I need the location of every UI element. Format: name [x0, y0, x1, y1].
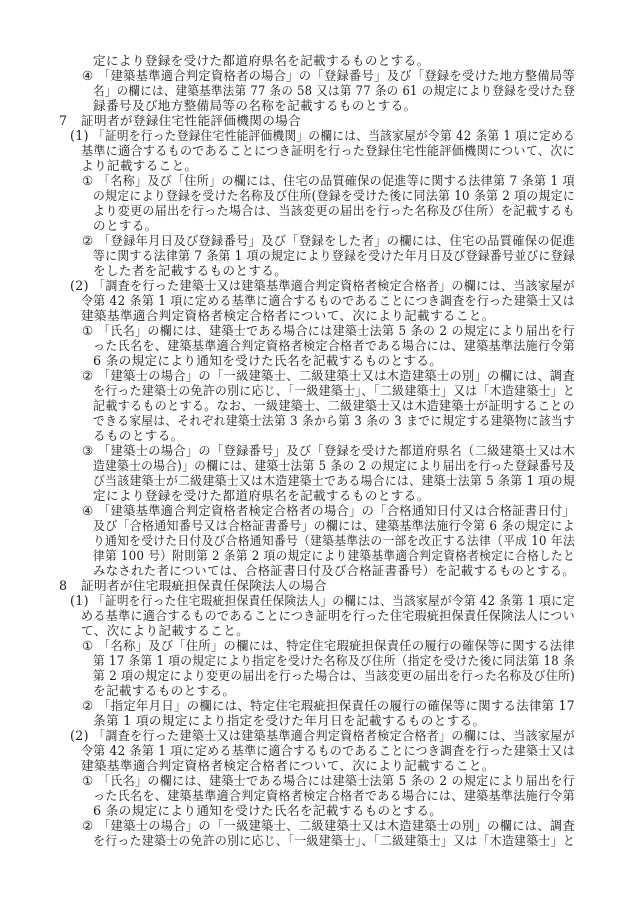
text-line: 建築基準適合判定資格者検定合格者について、次により記載すること。 — [0, 308, 630, 323]
text-line: 令第 42 条第 1 項に定める基準に適合するものであることにつき調査を行った建… — [0, 743, 630, 758]
text-line: みなされた者については、合格証書日付及び合格証書番号）を記載するものとする。 — [0, 563, 630, 578]
line-text: の規定により登録を受けた名称及び住所(登録を受けた後に同法第 10 条第 2 項… — [93, 188, 575, 203]
line-text: った氏名を、建築基準適合判定資格者検定合格者である場合には、建築基準法施行令第 — [93, 788, 575, 803]
item-marker: (1) — [70, 593, 89, 608]
text-line: 6 条の規定により通知を受けた氏名を記載するものとする。 — [0, 353, 630, 368]
line-text: 証明者が登録住宅性能評価機関の場合 — [81, 113, 301, 128]
line-text: 「証明を行った登録住宅性能評価機関」の欄には、当該家屋が令第 42 条第 1 項… — [93, 128, 575, 143]
line-text: 第 17 条第 1 項の規定により指定を受けた名称及び住所（指定を受けた後に同法… — [93, 653, 575, 668]
item-marker: 8 — [59, 578, 67, 593]
list-item-line: ④「建築基準適合判定資格者検定合格者の場合」の「合格通知日付又は合格証書日付」 — [0, 503, 630, 518]
line-text: 「氏名」の欄には、建築士である場合には建築士法第 5 条の 2 の規定により届出… — [98, 773, 575, 788]
line-text: める基準に適合するものであることにつき証明を行った住宅瑕疵担保責任保険法人につい — [81, 608, 575, 623]
text-line: を行った建築士の免許の別に応じ、「一級建築士」、「二級建築士」又は「木造建築士」… — [0, 833, 630, 848]
line-text: できる家屋は、それぞれ建築士法第 3 条から第 3 条の 3 までに規定する建築… — [93, 413, 575, 428]
line-text: て、次により記載すること。 — [81, 623, 249, 638]
text-line: 令第 42 条第 1 項に定める基準に適合するものであることにつき調査を行った建… — [0, 293, 630, 308]
line-text: より変更の届出を行った場合は、当該変更の届出を行った名称及び住所）を記載するも — [93, 203, 575, 218]
line-text: 「建築基準適合判定資格者の場合」の「登録番号」及び「登録を受けた地方整備局等 — [98, 68, 575, 83]
text-line: 記載するものとする。なお、一級建築士、二級建築士又は木造建築士が証明することの — [0, 398, 630, 413]
list-item-line: ③「建築士の場合」の「登録番号」及び「登録を受けた都道府県名（二級建築士又は木 — [0, 443, 630, 458]
list-item-line: (2)「調査を行った建築士又は建築基準適合判定資格者検定合格者」の欄には、当該家… — [0, 728, 630, 743]
line-text: のとする。 — [93, 218, 158, 233]
item-marker: ② — [82, 233, 94, 248]
text-line: 定により登録を受けた都道府県名を記載するものとする。 — [0, 488, 630, 503]
line-text: 6 条の規定により通知を受けた氏名を記載するものとする。 — [93, 353, 442, 368]
text-line: を行った建築士の免許の別に応じ、「一級建築士」、「二級建築士」又は「木造建築士」… — [0, 383, 630, 398]
text-line: の規定により登録を受けた名称及び住所(登録を受けた後に同法第 10 条第 2 項… — [0, 188, 630, 203]
text-line: り通知を受けた日付及び合格通知番号（建築基準法の一部を改正する法律（平成 10 … — [0, 533, 630, 548]
text-line: できる家屋は、それぞれ建築士法第 3 条から第 3 条の 3 までに規定する建築… — [0, 413, 630, 428]
line-text: り通知を受けた日付及び合格通知番号（建築基準法の一部を改正する法律（平成 10 … — [93, 533, 575, 548]
text-line: をした者を記載するものとする。 — [0, 263, 630, 278]
text-line: 定により登録を受けた都道府県名を記載するものとする。 — [0, 53, 630, 68]
item-marker: ① — [82, 323, 94, 338]
line-text: みなされた者については、合格証書日付及び合格証書番号）を記載するものとする。 — [93, 563, 575, 578]
line-text: び当該建築士が二級建築士又は木造建築士である場合には、建築士法第 5 条第 1 … — [93, 473, 575, 488]
item-marker: ① — [82, 773, 94, 788]
line-text: をした者を記載するものとする。 — [93, 263, 287, 278]
item-marker: ② — [82, 698, 94, 713]
line-text: 「調査を行った建築士又は建築基準適合判定資格者検定合格者」の欄には、当該家屋が — [93, 278, 575, 293]
line-text: 及び「合格通知番号又は合格証書番号」の欄には、建築基準法施行令第 6 条の規定に… — [93, 518, 575, 533]
list-item-line: ①「名称」及び「住所」の欄には、特定住宅瑕疵担保責任の履行の確保等に関する法律 — [0, 638, 630, 653]
line-text: 「建築士の場合」の「登録番号」及び「登録を受けた都道府県名（二級建築士又は木 — [98, 443, 575, 458]
line-text: 建築基準適合判定資格者検定合格者について、次により記載すること。 — [81, 308, 495, 323]
list-item-line: (1)「証明を行った住宅瑕疵担保責任保険法人」の欄には、当該家屋が令第 42 条… — [0, 593, 630, 608]
line-text: 造建築士の場合)」の欄には、建築士法第 5 条の 2 の規定により届出を行った登… — [93, 458, 575, 473]
line-text: 録番号及び地方整備局等の名称を記載するものとする。 — [93, 98, 417, 113]
list-item-line: ①「氏名」の欄には、建築士である場合には建築士法第 5 条の 2 の規定により届… — [0, 323, 630, 338]
text-line: った氏名を、建築基準適合判定資格者検定合格者である場合には、建築基準法施行令第 — [0, 788, 630, 803]
item-marker: (2) — [70, 728, 89, 743]
line-text: を行った建築士の免許の別に応じ、「一級建築士」、「二級建築士」又は「木造建築士」… — [93, 383, 575, 398]
line-text: 定により登録を受けた都道府県名を記載するものとする。 — [93, 488, 430, 503]
line-text: 等に関する法律第 7 条第 1 項の規定により登録を受けた年月日及び登録番号並び… — [93, 248, 575, 263]
text-line: 基準に適合するものであることにつき証明を行った登録住宅性能評価機関について、次に — [0, 143, 630, 158]
list-item-line: ②「建築士の場合」の「一級建築士、二級建築士又は木造建築士の別」の欄には、調査 — [0, 818, 630, 833]
line-text: 「名称」及び「住所」の欄には、住宅の品質確保の促進等に関する法律第 7 条第 1… — [98, 173, 575, 188]
text-line: 6 条の規定により通知を受けた氏名を記載するものとする。 — [0, 803, 630, 818]
text-line: より変更の届出を行った場合は、当該変更の届出を行った名称及び住所）を記載するも — [0, 203, 630, 218]
line-text: 証明者が住宅瑕疵担保責任保険法人の場合 — [81, 578, 327, 593]
line-text: 律第 100 号）附則第 2 条第 2 項の規定により建築基準適合判定資格者検定… — [93, 548, 575, 563]
line-text: 基準に適合するものであることにつき証明を行った登録住宅性能評価機関について、次に — [81, 143, 575, 158]
item-marker: ① — [82, 173, 94, 188]
list-item-line: ④「建築基準適合判定資格者の場合」の「登録番号」及び「登録を受けた地方整備局等 — [0, 68, 630, 83]
list-item-line: ②「登録年月日及び登録番号」及び「登録をした者」の欄には、住宅の品質確保の促進 — [0, 233, 630, 248]
line-text: 「名称」及び「住所」の欄には、特定住宅瑕疵担保責任の履行の確保等に関する法律 — [98, 638, 575, 653]
list-item-line: 7証明者が登録住宅性能評価機関の場合 — [0, 113, 630, 128]
line-text: 「証明を行った住宅瑕疵担保責任保険法人」の欄には、当該家屋が令第 42 条第 1… — [93, 593, 575, 608]
text-line: て、次により記載すること。 — [0, 623, 630, 638]
item-marker: ④ — [82, 68, 94, 83]
text-line: 造建築士の場合)」の欄には、建築士法第 5 条の 2 の規定により届出を行った登… — [0, 458, 630, 473]
item-marker: ② — [82, 818, 94, 833]
item-marker: ③ — [82, 443, 94, 458]
document-page: 定により登録を受けた都道府県名を記載するものとする。④「建築基準適合判定資格者の… — [0, 0, 630, 903]
line-text: 「指定年月日」の欄には、特定住宅瑕疵担保責任の履行の確保等に関する法律第 17 — [98, 698, 575, 713]
list-item-line: (2)「調査を行った建築士又は建築基準適合判定資格者検定合格者」の欄には、当該家… — [0, 278, 630, 293]
text-line: 条第 1 項の規定により指定を受けた年月日を記載するものとする。 — [0, 713, 630, 728]
line-text: 「建築士の場合」の「一級建築士、二級建築士又は木造建築士の別」の欄には、調査 — [98, 818, 575, 833]
list-item-line: ②「指定年月日」の欄には、特定住宅瑕疵担保責任の履行の確保等に関する法律第 17 — [0, 698, 630, 713]
item-marker: ① — [82, 638, 94, 653]
line-text: を記載するものとする。 — [93, 683, 235, 698]
line-text: 第 2 項の規定により変更の届出を行った場合は、当該変更の届出を行った名称及び住… — [93, 668, 575, 683]
text-line: のとする。 — [0, 218, 630, 233]
text-line: 第 17 条第 1 項の規定により指定を受けた名称及び住所（指定を受けた後に同法… — [0, 653, 630, 668]
item-marker: ② — [82, 368, 94, 383]
line-text: 「登録年月日及び登録番号」及び「登録をした者」の欄には、住宅の品質確保の促進 — [98, 233, 575, 248]
line-text: 「氏名」の欄には、建築士である場合には建築士法第 5 条の 2 の規定により届出… — [98, 323, 575, 338]
item-marker: (2) — [70, 278, 89, 293]
text-line: を記載するものとする。 — [0, 683, 630, 698]
line-text: 「調査を行った建築士又は建築基準適合判定資格者検定合格者」の欄には、当該家屋が — [93, 728, 575, 743]
text-line: 及び「合格通知番号又は合格証書番号」の欄には、建築基準法施行令第 6 条の規定に… — [0, 518, 630, 533]
text-line: 録番号及び地方整備局等の名称を記載するものとする。 — [0, 98, 630, 113]
list-item-line: 8証明者が住宅瑕疵担保責任保険法人の場合 — [0, 578, 630, 593]
list-item-line: (1)「証明を行った登録住宅性能評価機関」の欄には、当該家屋が令第 42 条第 … — [0, 128, 630, 143]
line-text: 記載するものとする。なお、一級建築士、二級建築士又は木造建築士が証明することの — [93, 398, 575, 413]
line-text: 条第 1 項の規定により指定を受けた年月日を記載するものとする。 — [93, 713, 485, 728]
line-text: 定により登録を受けた都道府県名を記載するものとする。 — [93, 53, 430, 68]
line-text: 令第 42 条第 1 項に定める基準に適合するものであることにつき調査を行った建… — [81, 743, 575, 758]
text-line: 名」の欄には、建築基準法第 77 条の 58 又は第 77 条の 61 の規定に… — [0, 83, 630, 98]
line-text: 建築基準適合判定資格者検定合格者について、次により記載すること。 — [81, 758, 495, 773]
item-marker: (1) — [70, 128, 89, 143]
line-text: を行った建築士の免許の別に応じ、「一級建築士」、「二級建築士」又は「木造建築士」… — [93, 833, 575, 848]
text-line: るものとする。 — [0, 428, 630, 443]
list-item-line: ①「名称」及び「住所」の欄には、住宅の品質確保の促進等に関する法律第 7 条第 … — [0, 173, 630, 188]
line-text: 名」の欄には、建築基準法第 77 条の 58 又は第 77 条の 61 の規定に… — [93, 83, 575, 98]
line-text: った氏名を、建築基準適合判定資格者検定合格者である場合には、建築基準法施行令第 — [93, 338, 575, 353]
line-text: 6 条の規定により通知を受けた氏名を記載するものとする。 — [93, 803, 442, 818]
text-line: 律第 100 号）附則第 2 条第 2 項の規定により建築基準適合判定資格者検定… — [0, 548, 630, 563]
line-text: 令第 42 条第 1 項に定める基準に適合するものであることにつき調査を行った建… — [81, 293, 575, 308]
line-text: 「建築基準適合判定資格者検定合格者の場合」の「合格通知日付又は合格証書日付」 — [98, 503, 575, 518]
item-marker: 7 — [59, 113, 67, 128]
text-line: める基準に適合するものであることにつき証明を行った住宅瑕疵担保責任保険法人につい — [0, 608, 630, 623]
line-text: るものとする。 — [93, 428, 184, 443]
line-text: より記載すること。 — [81, 158, 198, 173]
list-item-line: ②「建築士の場合」の「一級建築士、二級建築士又は木造建築士の別」の欄には、調査 — [0, 368, 630, 383]
text-line: 等に関する法律第 7 条第 1 項の規定により登録を受けた年月日及び登録番号並び… — [0, 248, 630, 263]
item-marker: ④ — [82, 503, 94, 518]
text-line: び当該建築士が二級建築士又は木造建築士である場合には、建築士法第 5 条第 1 … — [0, 473, 630, 488]
text-line: より記載すること。 — [0, 158, 630, 173]
text-line: 第 2 項の規定により変更の届出を行った場合は、当該変更の届出を行った名称及び住… — [0, 668, 630, 683]
list-item-line: ①「氏名」の欄には、建築士である場合には建築士法第 5 条の 2 の規定により届… — [0, 773, 630, 788]
text-line: 建築基準適合判定資格者検定合格者について、次により記載すること。 — [0, 758, 630, 773]
text-line: った氏名を、建築基準適合判定資格者検定合格者である場合には、建築基準法施行令第 — [0, 338, 630, 353]
line-text: 「建築士の場合」の「一級建築士、二級建築士又は木造建築士の別」の欄には、調査 — [98, 368, 575, 383]
